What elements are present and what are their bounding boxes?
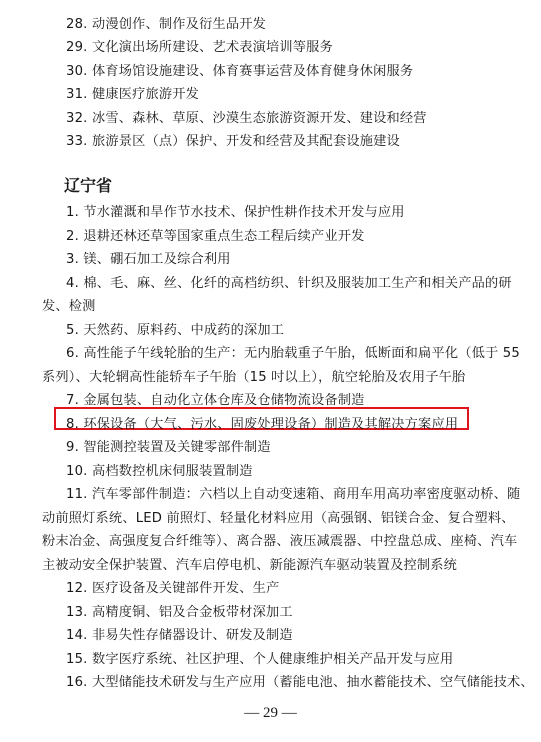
list-item: 12. 医疗设备及关键部件开发、生产 bbox=[66, 580, 279, 598]
list-item-continuation: 动前照灯系统、LED 前照灯、轻量化材料应用（高强钢、铝镁合金、复合塑料、 bbox=[42, 510, 515, 528]
list-item: 3. 镁、硼石加工及综合利用 bbox=[66, 251, 231, 269]
list-item: 13. 高精度铜、铝及合金板带材深加工 bbox=[66, 604, 293, 622]
section-heading: 辽宁省 bbox=[64, 176, 112, 196]
list-item: 30. 体育场馆设施建设、体育赛事运营及体育健身休闲服务 bbox=[66, 63, 413, 81]
list-item-continuation: 主被动安全保护装置、汽车启停电机、新能源汽车驱动装置及控制系统 bbox=[42, 557, 457, 575]
list-item: 11. 汽车零部件制造：六档以上自动变速箱、商用车用高功率密度驱动桥、随 bbox=[66, 486, 520, 504]
list-item: 5. 天然药、原料药、中成药的深加工 bbox=[66, 322, 284, 340]
list-item-continuation: 系列）、大轮辋高性能轿车子午胎（15 吋以上），航空轮胎及农用子午胎 bbox=[42, 369, 465, 387]
list-item: 31. 健康医疗旅游开发 bbox=[66, 86, 199, 104]
list-item: 14. 非易失性存储器设计、研发及制造 bbox=[66, 627, 293, 645]
list-item: 29. 文化演出场所建设、艺术表演培训等服务 bbox=[66, 39, 333, 57]
list-item: 2. 退耕还林还草等国家重点生态工程后续产业开发 bbox=[66, 228, 365, 246]
list-item: 4. 棉、毛、麻、丝、化纤的高档纺织、针织及服装加工生产和相关产品的研 bbox=[66, 275, 512, 293]
list-item-highlighted: 8. 环保设备（大气、污水、固废处理设备）制造及其解决方案应用 bbox=[66, 416, 458, 434]
list-item: 10. 高档数控机床伺服装置制造 bbox=[66, 463, 253, 481]
list-item-continuation: 粉末冶金、高强度复合纤维等）、离合器、液压减震器、中控盘总成、座椅、汽车 bbox=[42, 533, 517, 551]
list-item: 15. 数字医疗系统、社区护理、个人健康维护相关产品开发与应用 bbox=[66, 651, 453, 669]
list-item-continuation: 发、检测 bbox=[42, 298, 96, 316]
list-item: 28. 动漫创作、制作及衍生品开发 bbox=[66, 16, 266, 34]
page-number: — 29 — bbox=[0, 705, 541, 722]
list-item: 6. 高性能子午线轮胎的生产：无内胎载重子午胎，低断面和扁平化（低于 55 bbox=[66, 345, 520, 363]
document-page: 28. 动漫创作、制作及衍生品开发 29. 文化演出场所建设、艺术表演培训等服务… bbox=[0, 0, 541, 742]
list-item: 33. 旅游景区（点）保护、开发和经营及其配套设施建设 bbox=[66, 133, 400, 151]
list-item: 1. 节水灌溉和旱作节水技术、保护性耕作技术开发与应用 bbox=[66, 204, 405, 222]
list-item: 9. 智能测控装置及关键零部件制造 bbox=[66, 439, 271, 457]
list-item: 16. 大型储能技术研发与生产应用（蓄能电池、抽水蓄能技术、空气储能技术、 bbox=[66, 674, 534, 692]
list-item: 32. 冰雪、森林、草原、沙漠生态旅游资源开发、建设和经营 bbox=[66, 110, 427, 128]
